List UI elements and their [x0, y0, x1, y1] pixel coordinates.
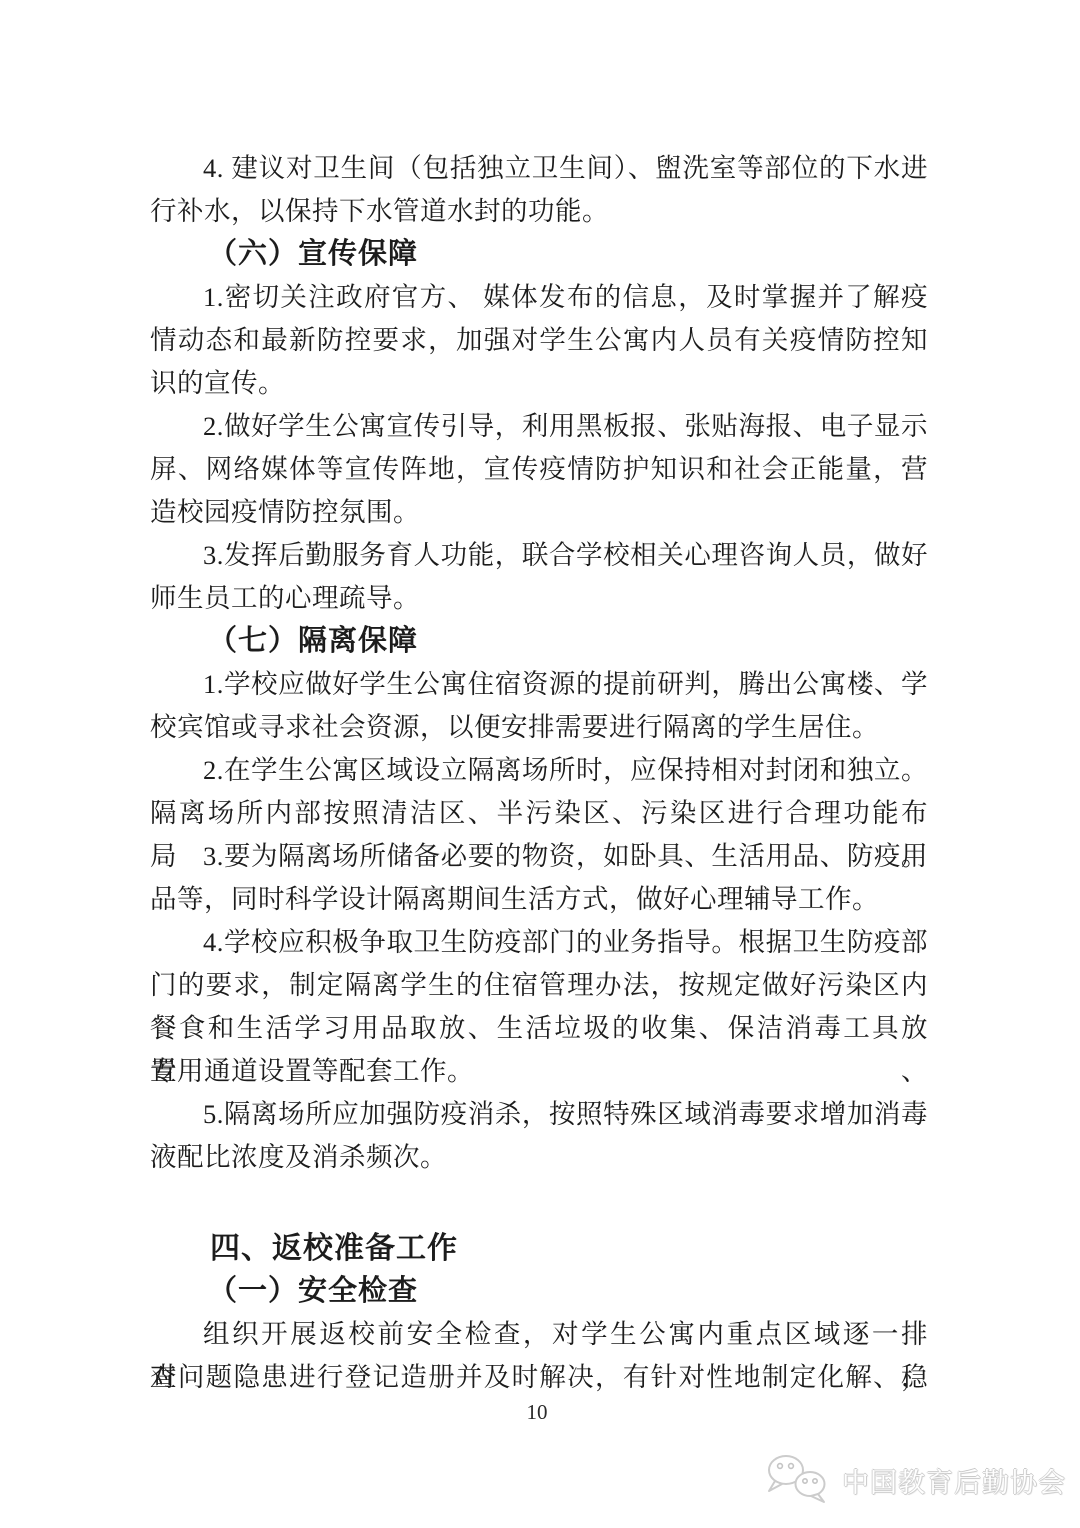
paragraph: 3.发挥后勤服务育人功能，联合学校相关心理咨询人员，做好师生员工的心理疏导。: [150, 534, 928, 620]
text-line: （六）宣传保障: [150, 233, 928, 276]
text-line: 四、返校准备工作: [150, 1227, 928, 1270]
text-line: 师生员工的心理疏导。: [150, 577, 928, 620]
text-line: 门的要求，制定隔离学生的住宿管理办法，按规定做好污染区内: [150, 964, 928, 1007]
document-body: 4. 建议对卫生间（包括独立卫生间）、盥洗室等部位的下水进行补水，以保持下水管道…: [150, 147, 928, 1399]
heading2: （七）隔离保障: [150, 620, 928, 663]
heading2: （一）安全检查: [150, 1270, 928, 1313]
text-line: 校宾馆或寻求社会资源，以便安排需要进行隔离的学生居住。: [150, 706, 928, 749]
text-line: 1.密切关注政府官方、 媒体发布的信息，及时掌握并了解疫: [150, 276, 928, 319]
text-line: 识的宣传。: [150, 362, 928, 405]
text-line: 组织开展返校前安全检查，对学生公寓内重点区域逐一排查，: [150, 1313, 928, 1356]
text-line: 餐食和生活学习用品取放、生活垃圾的收集、保洁消毒工具放置、: [150, 1007, 928, 1050]
text-line: 4.学校应积极争取卫生防疫部门的业务指导。根据卫生防疫部: [150, 921, 928, 964]
paragraph: 2.做好学生公寓宣传引导，利用黑板报、张贴海报、电子显示屏、网络媒体等宣传阵地，…: [150, 405, 928, 534]
text-line: 3.发挥后勤服务育人功能，联合学校相关心理咨询人员，做好: [150, 534, 928, 577]
text-line: 5.隔离场所应加强防疫消杀，按照特殊区域消毒要求增加消毒: [150, 1093, 928, 1136]
text-line: 2.在学生公寓区域设立隔离场所时，应保持相对封闭和独立。: [150, 749, 928, 792]
text-line: 3.要为隔离场所储备必要的物资，如卧具、生活用品、防疫用: [150, 835, 928, 878]
text-line: 对问题隐患进行登记造册并及时解决，有针对性地制定化解、稳: [150, 1356, 928, 1399]
text-line: 1.学校应做好学生公寓住宿资源的提前研判，腾出公寓楼、学: [150, 663, 928, 706]
paragraph: 1.学校应做好学生公寓住宿资源的提前研判，腾出公寓楼、学校宾馆或寻求社会资源，以…: [150, 663, 928, 749]
text-line: 屏、网络媒体等宣传阵地，宣传疫情防护知识和社会正能量，营: [150, 448, 928, 491]
watermark-text: 中国教育后勤协会: [842, 1461, 1066, 1500]
paragraph: 5.隔离场所应加强防疫消杀，按照特殊区域消毒要求增加消毒液配比浓度及消杀频次。: [150, 1093, 928, 1179]
heading2: （六）宣传保障: [150, 233, 928, 276]
paragraph: 3.要为隔离场所储备必要的物资，如卧具、生活用品、防疫用品等，同时科学设计隔离期…: [150, 835, 928, 921]
wechat-icon: [760, 1451, 836, 1510]
paragraph: 1.密切关注政府官方、 媒体发布的信息，及时掌握并了解疫情动态和最新防控要求，加…: [150, 276, 928, 405]
watermark-footer: 中国教育后勤协会: [760, 1451, 1066, 1510]
text-line: 情动态和最新防控要求，加强对学生公寓内人员有关疫情防控知: [150, 319, 928, 362]
document-page: 4. 建议对卫生间（包括独立卫生间）、盥洗室等部位的下水进行补水，以保持下水管道…: [0, 0, 1080, 1528]
text-line: 液配比浓度及消杀频次。: [150, 1136, 928, 1179]
text-line: （七）隔离保障: [150, 620, 928, 663]
page-number: 10: [0, 1398, 1074, 1426]
text-line: 品等，同时科学设计隔离期间生活方式，做好心理辅导工作。: [150, 878, 928, 921]
paragraph: 4. 建议对卫生间（包括独立卫生间）、盥洗室等部位的下水进行补水，以保持下水管道…: [150, 147, 928, 233]
text-line: 隔离场所内部按照清洁区、半污染区、污染区进行合理功能布局。: [150, 792, 928, 835]
text-line: 4. 建议对卫生间（包括独立卫生间）、盥洗室等部位的下水进: [150, 147, 928, 190]
paragraph: 2.在学生公寓区域设立隔离场所时，应保持相对封闭和独立。隔离场所内部按照清洁区、…: [150, 749, 928, 835]
paragraph: 4.学校应积极争取卫生防疫部门的业务指导。根据卫生防疫部门的要求，制定隔离学生的…: [150, 921, 928, 1093]
text-line: 造校园疫情防控氛围。: [150, 491, 928, 534]
paragraph: 组织开展返校前安全检查，对学生公寓内重点区域逐一排查，对问题隐患进行登记造册并及…: [150, 1313, 928, 1399]
text-line: （一）安全检查: [150, 1270, 928, 1313]
text-line: 2.做好学生公寓宣传引导，利用黑板报、张贴海报、电子显示: [150, 405, 928, 448]
heading1: 四、返校准备工作: [150, 1227, 928, 1270]
text-line: 行补水，以保持下水管道水封的功能。: [150, 190, 928, 233]
